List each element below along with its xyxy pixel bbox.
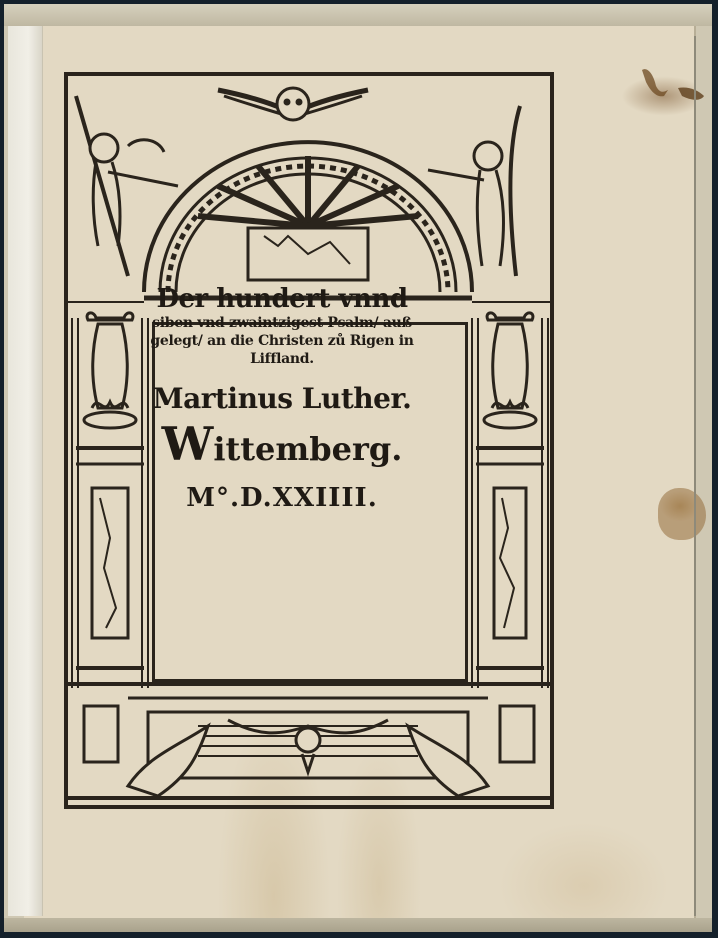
base-illustration [68,676,550,806]
mat-bottom-edge [4,918,712,932]
author-name: Martinus Luther. [124,382,440,416]
title-line-4: Liffland. [124,350,440,368]
water-stain [658,488,706,540]
title-text-block: Der hundert vnnd siben vnd zwaintzigest … [124,284,440,515]
mat-top-edge [4,4,712,26]
arch-illustration [68,76,550,308]
title-line-1: Der hundert vnnd [124,284,440,314]
mounting-tab [8,26,43,916]
cherub-icon [218,88,368,120]
page-edge-line [694,36,696,916]
place-rest: ittemberg. [213,430,402,468]
title-line-2: siben vnd zwaintzigest Psalm/ auß [124,314,440,332]
place-initial: W [162,417,214,471]
imprint-place: Wittemberg. [124,424,440,469]
right-column-illustration [470,308,550,693]
book-page: Der hundert vnnd siben vnd zwaintzigest … [24,26,696,918]
imprint-year: M°.D.XXIIII. [124,481,440,515]
title-line-3: gelegt/ an die Christen zů Rigen in [124,332,440,350]
rust-stain [634,62,714,122]
